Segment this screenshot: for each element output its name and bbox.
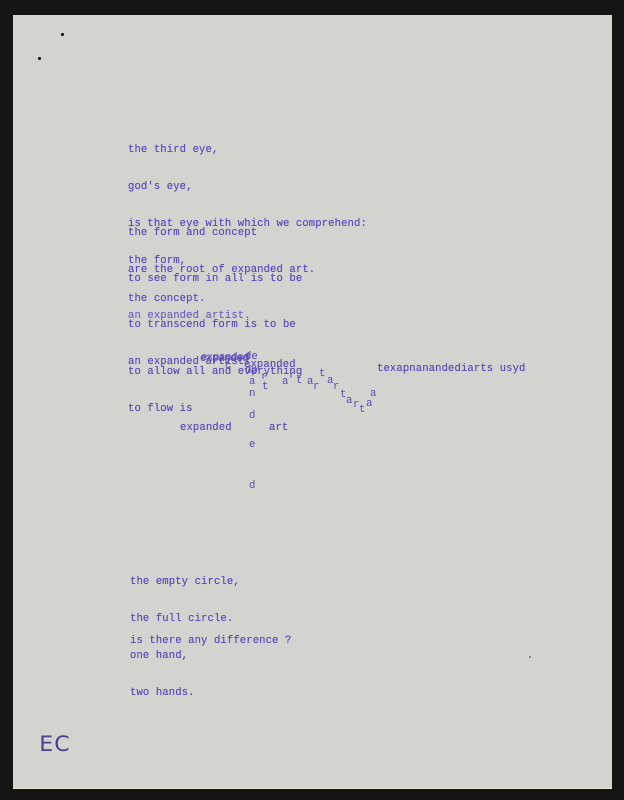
poem-line: the third eye, <box>128 144 367 156</box>
diag-letter: r <box>289 371 295 382</box>
poem-line: two hands. <box>130 687 240 699</box>
poem-line: is there any difference ? <box>130 635 291 647</box>
poem-line: god's eye, <box>128 181 367 193</box>
diag-letter: t <box>359 405 365 416</box>
stanza-difference: is there any difference ? <box>130 610 291 672</box>
diag-letter: a <box>370 389 376 400</box>
vertical-letter-d: d <box>249 411 255 422</box>
vertical-letter-e: e <box>249 440 255 451</box>
scrambled-word: texapnanandediarts usyd <box>377 363 526 375</box>
poem-line: the empty circle, <box>130 576 240 588</box>
diag-letter: r <box>333 382 339 393</box>
vertical-letter-d: d <box>249 481 255 492</box>
diag-letter: a <box>282 377 288 388</box>
handwritten-initials: EC <box>39 732 70 756</box>
diag-letter: t <box>296 376 302 387</box>
vertical-letter-n: n <box>249 389 255 400</box>
letter-t: t <box>262 382 268 393</box>
diag-letter: r <box>313 382 319 393</box>
poem-line: the form and concept <box>128 227 315 239</box>
word-expanded-left: expanded <box>180 422 232 434</box>
word-art: art <box>269 422 288 434</box>
poem-line: to see form in all is to be <box>128 273 302 285</box>
ink-speck <box>38 57 41 60</box>
poem-line: to flow is <box>128 403 302 415</box>
paper-speck <box>529 656 531 658</box>
poem-line: to transcend form is to be <box>128 319 296 331</box>
diag-letter: t <box>319 369 325 380</box>
typewritten-page: the third eye, god's eye, is that eye wi… <box>13 15 612 788</box>
diag-letter: a <box>346 396 352 407</box>
scan-background: the third eye, god's eye, is that eye wi… <box>0 0 624 800</box>
letter-t: t <box>224 361 230 372</box>
diag-letter: a <box>366 399 372 410</box>
vertical-letter-a: a <box>249 377 255 388</box>
ink-speck <box>61 33 64 36</box>
